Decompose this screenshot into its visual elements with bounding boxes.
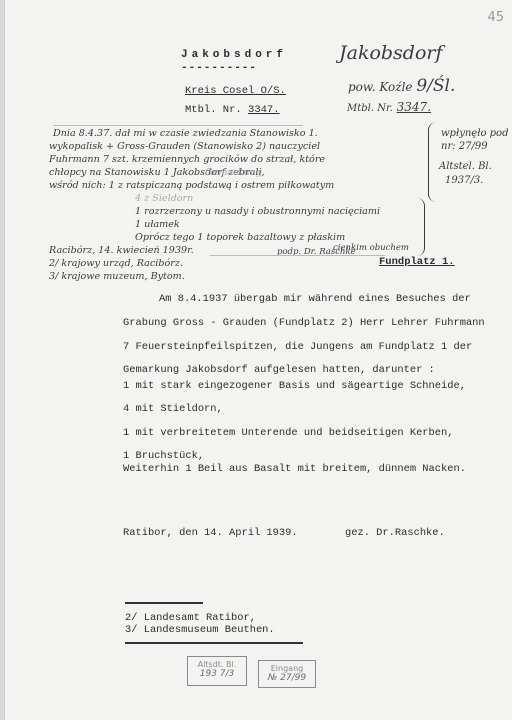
paragraph-line-1: Am 8.4.1937 übergab mir während eines Be… bbox=[159, 293, 471, 305]
hand-line-3: Fuhrmann 7 szt. krzemiennych grocików do… bbox=[49, 153, 325, 166]
hand-line-7: 1 rozrzerzony u nasady i obustronnymi na… bbox=[135, 205, 380, 218]
hand-line-6: 4 z Sieldorn bbox=[135, 192, 193, 205]
page-number: 45 bbox=[487, 10, 504, 25]
hand-powiat-text: pow. Koźle bbox=[348, 80, 413, 94]
hand-mtbl-number: 3347. bbox=[397, 100, 431, 114]
margin-note-1: wpłynęło pod bbox=[441, 127, 508, 140]
hand-mtbl-label: Mtbl. Nr. bbox=[347, 103, 393, 114]
stamp-altstelle: Altsdt. Bl. 193 7/3 bbox=[187, 656, 247, 686]
items-bracket bbox=[413, 198, 425, 256]
item-2: 4 mit Stieldorn, bbox=[123, 403, 223, 415]
margin-note-3: Altstel. Bl. bbox=[439, 160, 492, 173]
hand-title: Jakobsdorf bbox=[339, 42, 443, 64]
hand-line-9: Oprócz tego 1 toporek bazaltowy z płaski… bbox=[135, 231, 345, 244]
item-3: 1 mit verbreitetem Unterende und beidsei… bbox=[123, 427, 453, 439]
hand-place-date: Racibórz, 14. kwiecień 1939r. bbox=[49, 244, 194, 257]
rule-top bbox=[125, 602, 203, 604]
item-4: 1 Bruchstück, bbox=[123, 450, 204, 462]
item-1: 1 mit stark eingezogener Basis und sägea… bbox=[123, 380, 466, 392]
archive-document-page: 45 Jakobsdorf ---------- Kreis Cosel O/S… bbox=[4, 0, 512, 720]
item-5: Weiterhin 1 Beil aus Basalt mit breitem,… bbox=[123, 463, 466, 475]
hand-powiat: pow. Koźle 9/Śl. bbox=[348, 76, 455, 96]
stamp-eingang-label: Eingang bbox=[259, 664, 315, 673]
typed-kreis: Kreis Cosel O/S. bbox=[185, 85, 286, 97]
hand-line-1: Dnia 8.4.37. dał mi w czasie zwiedzania … bbox=[53, 127, 318, 140]
hand-mtbl: Mtbl. Nr. 3347. bbox=[347, 100, 431, 114]
rule-bottom bbox=[125, 642, 303, 644]
separator-line-2 bbox=[210, 255, 385, 256]
stamp-altstelle-value: 193 7/3 bbox=[188, 669, 246, 679]
typed-mtbl: Mtbl. Nr. 3347. bbox=[185, 104, 280, 116]
hand-struck-word: Gemarkung bbox=[205, 166, 262, 179]
hand-powiat-suffix: 9/Śl. bbox=[416, 76, 455, 96]
typed-copy-3: 3/ Landesmuseum Beuthen. bbox=[125, 624, 275, 636]
typed-mtbl-label: Mtbl. Nr. bbox=[185, 104, 242, 116]
hand-copy-2: 2/ krajowy urząd, Racibórz. bbox=[49, 257, 183, 270]
stamp-eingang: Eingang № 27/99 bbox=[258, 660, 316, 688]
margin-note-4: 1937/3. bbox=[445, 174, 483, 187]
paragraph-line-3: 7 Feuersteinpfeilspitzen, die Jungens am… bbox=[123, 341, 472, 353]
stamp-altstelle-label: Altsdt. Bl. bbox=[188, 660, 246, 669]
hand-line-2: wykopalisk + Gross-Grauden (Stanowisko 2… bbox=[49, 140, 320, 153]
margin-note-2: nr: 27/99 bbox=[441, 140, 488, 153]
separator-line bbox=[53, 125, 303, 126]
typed-signature: gez. Dr.Raschke. bbox=[345, 527, 445, 539]
typed-copy-2: 2/ Landesamt Ratibor, bbox=[125, 612, 256, 624]
hand-line-8: 1 ułamek bbox=[135, 218, 180, 231]
hand-line-5: wśród nich: 1 z ratspiczaną podstawą i o… bbox=[49, 179, 334, 192]
hand-copy-3: 3/ krajowe muzeum, Bytom. bbox=[49, 270, 185, 283]
typed-place-date: Ratibor, den 14. April 1939. bbox=[123, 527, 298, 539]
hand-signature: podp. Dr. Raschke bbox=[277, 246, 356, 259]
typed-title-dashes: ---------- bbox=[181, 62, 257, 74]
stamp-eingang-value: № 27/99 bbox=[259, 673, 315, 683]
paragraph-line-4: Gemarkung Jakobsdorf aufgelesen hatten, … bbox=[123, 364, 435, 376]
typed-title: Jakobsdorf bbox=[181, 49, 287, 61]
paragraph-line-2: Grabung Gross - Grauden (Fundplatz 2) He… bbox=[123, 317, 485, 329]
fundplatz-label: Fundplatz 1. bbox=[379, 256, 455, 268]
typed-mtbl-number: 3347. bbox=[248, 104, 280, 116]
